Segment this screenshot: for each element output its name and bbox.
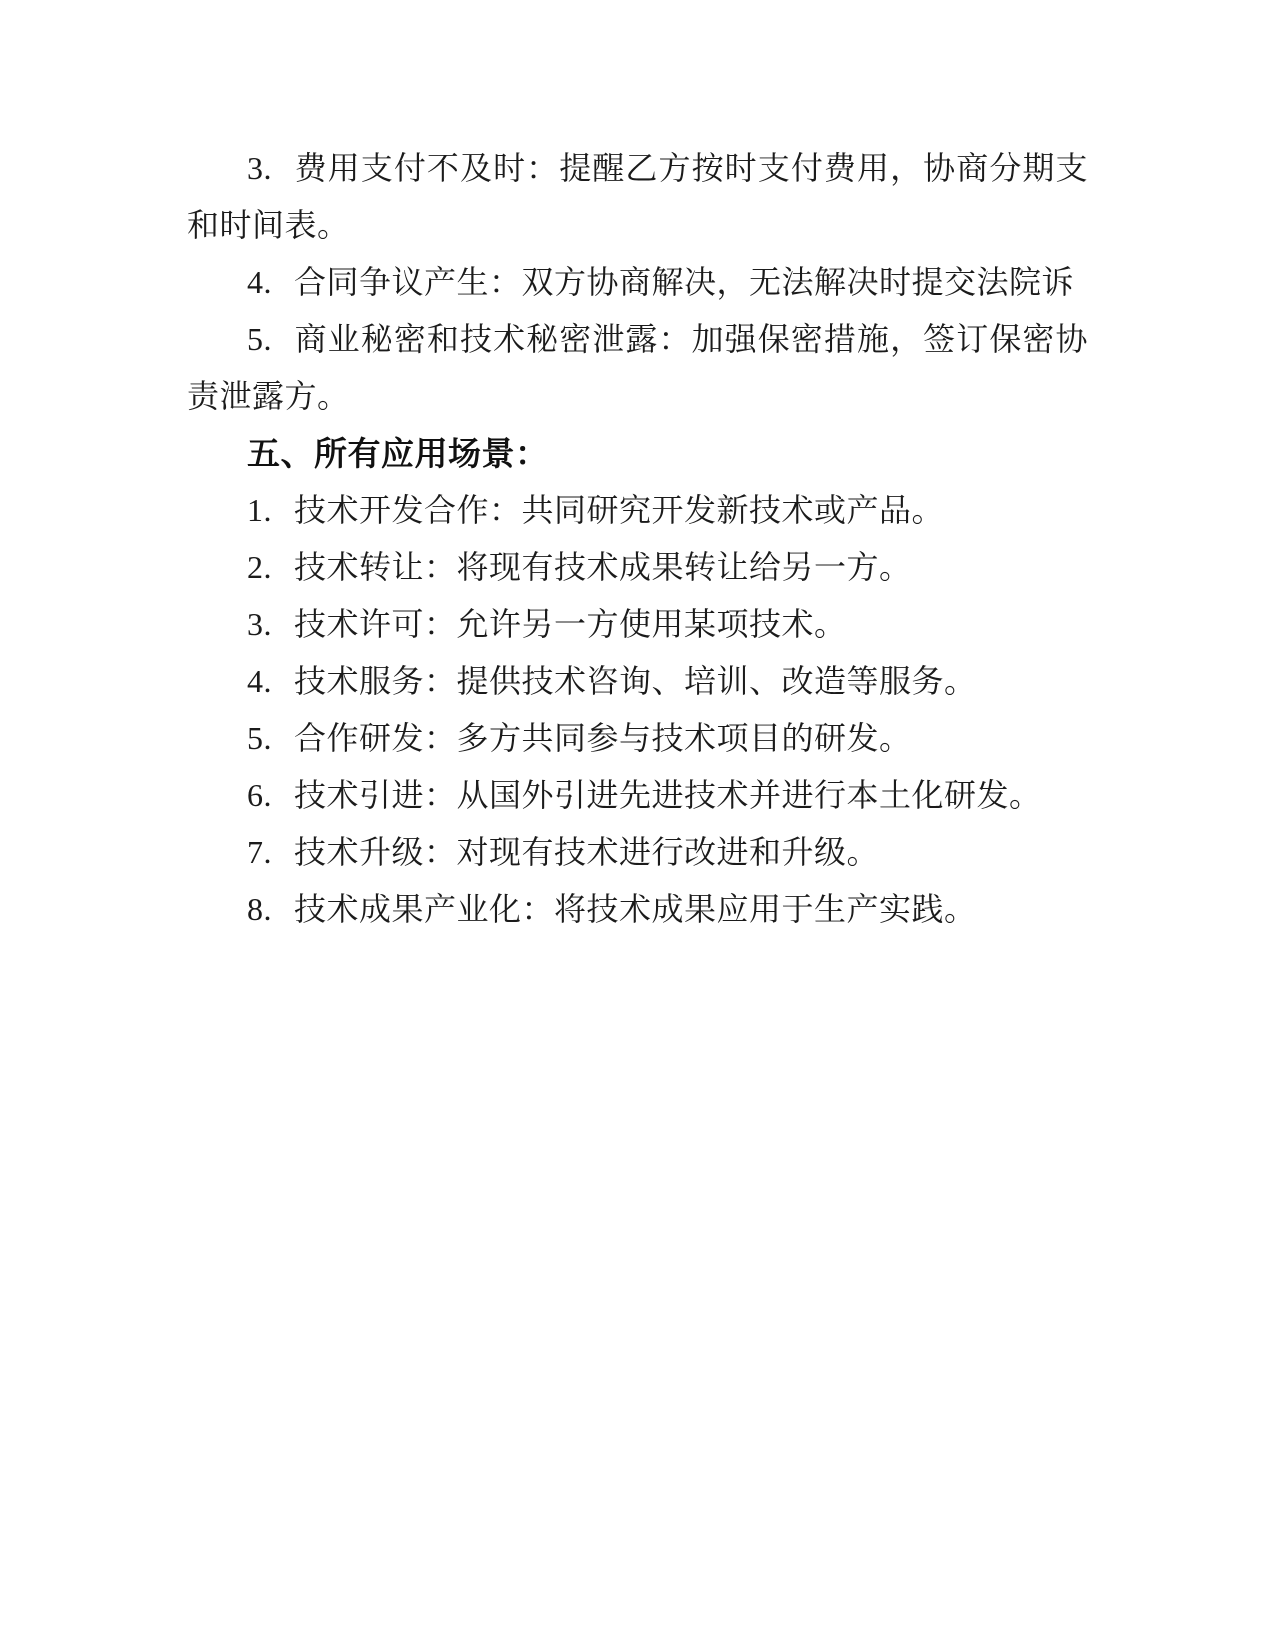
paragraph-line: 8.技术成果产业化：将技术成果应用于生产实践。 — [187, 881, 1088, 938]
paragraph-line: 2.技术转让：将现有技术成果转让给另一方。 — [187, 539, 1088, 596]
list-item: 2.技术转让：将现有技术成果转让给另一方。 — [187, 539, 1088, 596]
list-item-text: 技术转让：将现有技术成果转让给另一方。 — [294, 549, 912, 585]
list-item-text: 技术升级：对现有技术进行改进和升级。 — [294, 834, 879, 870]
list-item-text: 技术许可：允许另一方使用某项技术。 — [294, 606, 847, 642]
list-item: 3.费用支付不及时：提醒乙方按时支付费用，协商分期支付方式 和时间表。 — [187, 140, 1088, 254]
list-item-number: 3. — [247, 606, 294, 642]
paragraph-line: 4.技术服务：提供技术咨询、培训、改造等服务。 — [187, 653, 1088, 710]
list-item-number: 7. — [247, 834, 294, 870]
paragraph-line: 3.技术许可：允许另一方使用某项技术。 — [187, 596, 1088, 653]
page-content: 3.费用支付不及时：提醒乙方按时支付费用，协商分期支付方式 和时间表。 4.合同… — [187, 140, 1088, 938]
document-page: 3.费用支付不及时：提醒乙方按时支付费用，协商分期支付方式 和时间表。 4.合同… — [0, 0, 1275, 1650]
list-item-number: 4. — [247, 663, 294, 699]
paragraph-line: 3.费用支付不及时：提醒乙方按时支付费用，协商分期支付方式 — [187, 140, 1088, 197]
list-item: 1.技术开发合作：共同研究开发新技术或产品。 — [187, 482, 1088, 539]
list-item-number: 4. — [247, 264, 294, 300]
list-item-text: 技术成果产业化：将技术成果应用于生产实践。 — [294, 891, 977, 927]
paragraph-line: 1.技术开发合作：共同研究开发新技术或产品。 — [187, 482, 1088, 539]
list-item-number: 5. — [247, 720, 294, 756]
list-item: 4.合同争议产生：双方协商解决，无法解决时提交法院诉讼。 — [187, 254, 1088, 311]
paragraph-line: 6.技术引进：从国外引进先进技术并进行本土化研发。 — [187, 767, 1088, 824]
list-item-number: 3. — [247, 150, 294, 186]
list-item: 6.技术引进：从国外引进先进技术并进行本土化研发。 — [187, 767, 1088, 824]
paragraph-line: 责泄露方。 — [187, 368, 1088, 425]
list-item-text: 商业秘密和技术秘密泄露：加强保密措施，签订保密协议，追 — [187, 321, 1088, 368]
list-item-number: 2. — [247, 549, 294, 585]
list-item-text: 合同争议产生：双方协商解决，无法解决时提交法院诉讼。 — [187, 264, 1074, 311]
list-item: 5.商业秘密和技术秘密泄露：加强保密措施，签订保密协议，追 责泄露方。 — [187, 311, 1088, 425]
paragraph-line: 和时间表。 — [187, 197, 1088, 254]
paragraph-line: 5.商业秘密和技术秘密泄露：加强保密措施，签订保密协议，追 — [187, 311, 1088, 368]
list-item-text: 技术开发合作：共同研究开发新技术或产品。 — [294, 492, 944, 528]
paragraph-line: 4.合同争议产生：双方协商解决，无法解决时提交法院诉讼。 — [187, 254, 1088, 311]
list-item-number: 5. — [247, 321, 294, 357]
list-item-number: 6. — [247, 777, 294, 813]
list-item: 3.技术许可：允许另一方使用某项技术。 — [187, 596, 1088, 653]
list-item-text: 技术服务：提供技术咨询、培训、改造等服务。 — [294, 663, 977, 699]
section-heading: 五、所有应用场景： — [187, 425, 1088, 482]
paragraph-line: 5.合作研发：多方共同参与技术项目的研发。 — [187, 710, 1088, 767]
paragraph-line: 7.技术升级：对现有技术进行改进和升级。 — [187, 824, 1088, 881]
list-item: 7.技术升级：对现有技术进行改进和升级。 — [187, 824, 1088, 881]
list-item-text: 费用支付不及时：提醒乙方按时支付费用，协商分期支付方式 — [187, 150, 1088, 197]
list-item: 5.合作研发：多方共同参与技术项目的研发。 — [187, 710, 1088, 767]
list-item-number: 1. — [247, 492, 294, 528]
list-item: 4.技术服务：提供技术咨询、培训、改造等服务。 — [187, 653, 1088, 710]
list-item-text: 合作研发：多方共同参与技术项目的研发。 — [294, 720, 912, 756]
list-item-number: 8. — [247, 891, 294, 927]
list-item-text: 技术引进：从国外引进先进技术并进行本土化研发。 — [294, 777, 1042, 813]
list-item: 8.技术成果产业化：将技术成果应用于生产实践。 — [187, 881, 1088, 938]
section-heading-text: 五、所有应用场景： — [187, 425, 1088, 482]
